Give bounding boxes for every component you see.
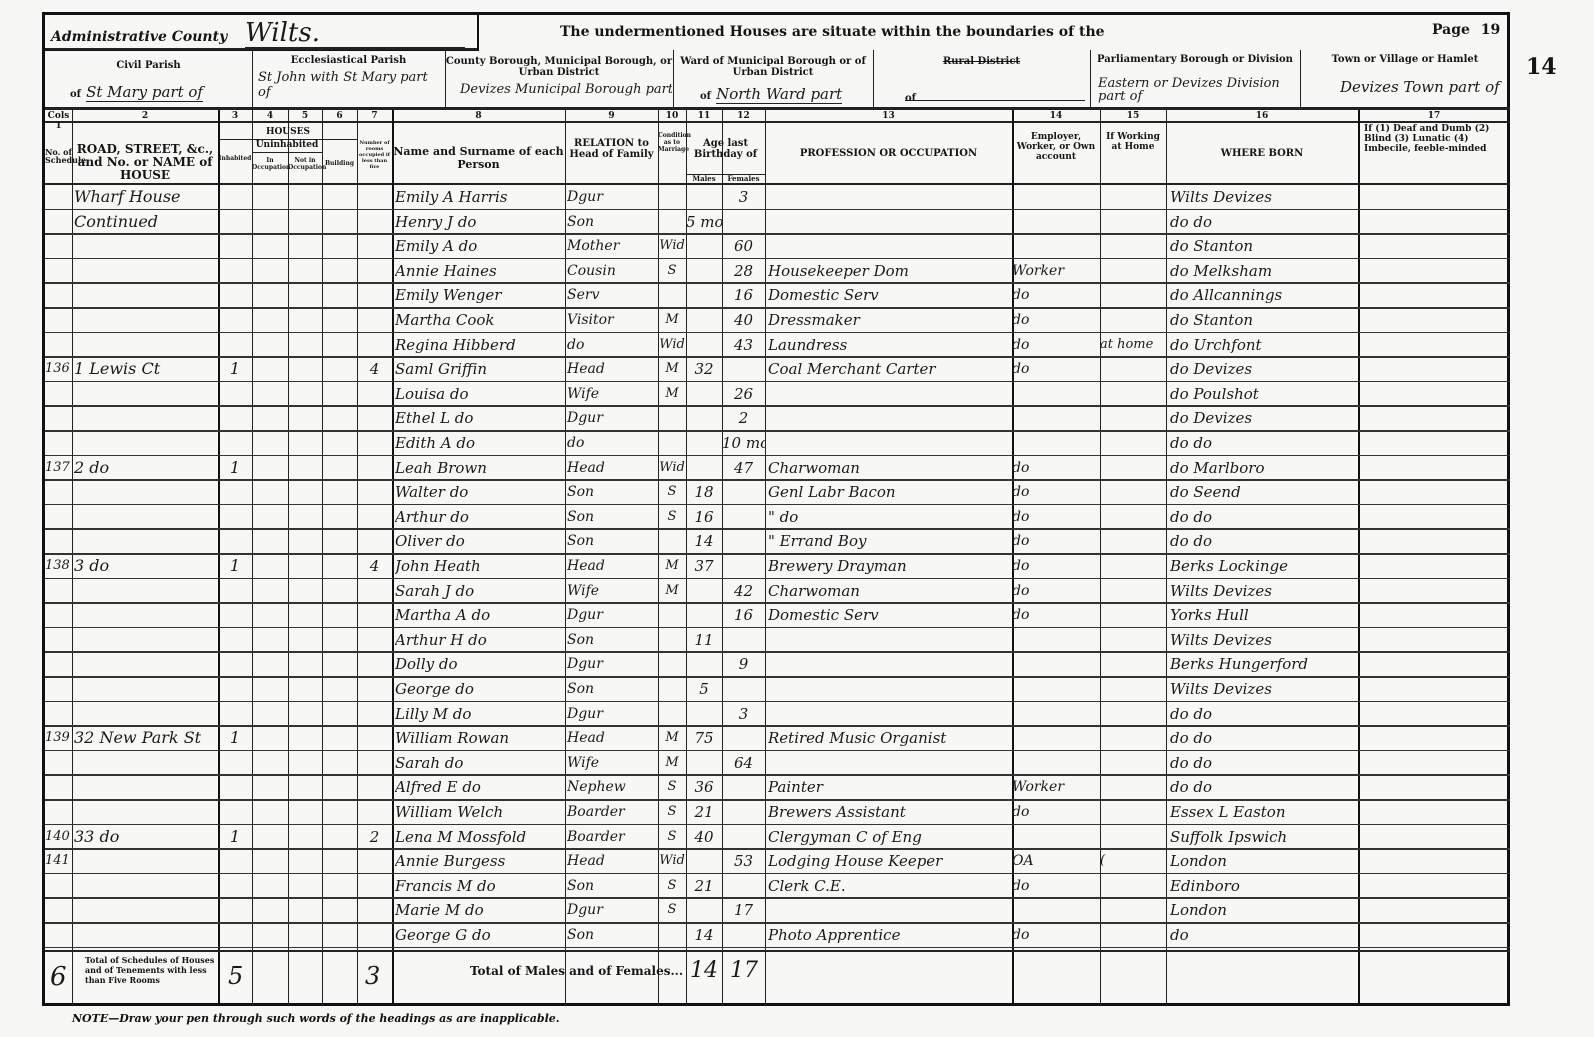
cell-male-age xyxy=(686,751,722,775)
cell-at-home xyxy=(1100,480,1166,504)
cell-rooms xyxy=(357,800,392,824)
cell-male-age xyxy=(686,333,722,357)
cell-relation: Dgur xyxy=(567,603,658,627)
cell-where-born: do Stanton xyxy=(1170,308,1358,332)
cell-occupation: Domestic Serv xyxy=(768,603,1012,627)
cell-inhabited xyxy=(218,480,252,504)
cell-infirmity xyxy=(1358,480,1510,504)
cell-occupation xyxy=(768,382,1012,406)
cell-condition xyxy=(658,210,686,234)
cell-relation: Serv xyxy=(567,283,658,307)
cell-occupation: Dressmaker xyxy=(768,308,1012,332)
cell-female-age xyxy=(722,825,765,849)
cell-occupation: Coal Merchant Carter xyxy=(768,357,1012,381)
total-males-value: 14 xyxy=(690,958,718,983)
cell-relation: do xyxy=(567,431,658,455)
cell-male-age xyxy=(686,849,722,873)
cell-inhabited xyxy=(218,775,252,799)
cell-at-home xyxy=(1100,702,1166,726)
cell-occupation xyxy=(768,210,1012,234)
cell-male-age: 21 xyxy=(686,874,722,898)
eccl-parish-value: St John with St Mary part of xyxy=(258,70,443,100)
cell-where-born: do Stanton xyxy=(1170,234,1358,258)
cell-rooms xyxy=(357,579,392,603)
cell-where-born: Wilts Devizes xyxy=(1170,185,1358,209)
cell-employer xyxy=(1012,628,1100,652)
cell-schedule xyxy=(45,775,72,799)
cell-condition xyxy=(658,677,686,701)
cell-address: 2 do xyxy=(74,456,218,480)
cell-inhabited xyxy=(218,849,252,873)
cell-occupation: Brewery Drayman xyxy=(768,554,1012,578)
cell-address xyxy=(74,849,218,873)
cell-condition: S xyxy=(658,874,686,898)
cell-where-born: do xyxy=(1170,923,1358,947)
cell-name: William Rowan xyxy=(395,726,565,750)
cell-where-born: do do xyxy=(1170,751,1358,775)
cell-at-home xyxy=(1100,652,1166,676)
divider xyxy=(45,121,1510,123)
cell-at-home xyxy=(1100,603,1166,627)
cell-female-age: 3 xyxy=(722,185,765,209)
cell-address: 33 do xyxy=(74,825,218,849)
cell-occupation: Brewers Assistant xyxy=(768,800,1012,824)
cell-female-age: 16 xyxy=(722,283,765,307)
cell-occupation xyxy=(768,677,1012,701)
cell-employer: do xyxy=(1012,529,1100,553)
cell-address xyxy=(74,333,218,357)
cell-where-born: Wilts Devizes xyxy=(1170,628,1358,652)
parl-borough-label: Parliamentary Borough or Division xyxy=(1090,54,1300,65)
cell-inhabited xyxy=(218,751,252,775)
column-number: 7 xyxy=(357,111,392,121)
cell-female-age: 60 xyxy=(722,234,765,258)
cell-name: Walter do xyxy=(395,480,565,504)
cell-address xyxy=(74,800,218,824)
cell-schedule xyxy=(45,406,72,430)
cell-where-born: London xyxy=(1170,849,1358,873)
parl-borough-value: Eastern or Devizes Division part of xyxy=(1098,77,1298,103)
cell-male-age: 75 xyxy=(686,726,722,750)
cell-occupation xyxy=(768,185,1012,209)
cell-where-born: do Poulshot xyxy=(1170,382,1358,406)
cell-employer xyxy=(1012,898,1100,922)
cell-condition: Wid xyxy=(658,234,686,258)
cell-at-home: ( xyxy=(1100,849,1166,873)
cell-occupation xyxy=(768,898,1012,922)
cell-schedule xyxy=(45,800,72,824)
cell-inhabited: 1 xyxy=(218,357,252,381)
cell-condition: S xyxy=(658,480,686,504)
cell-schedule xyxy=(45,874,72,898)
total-schedules-label: Total of Schedules of Houses and of Tene… xyxy=(85,955,215,985)
cell-infirmity xyxy=(1358,333,1510,357)
cell-male-age: 11 xyxy=(686,628,722,652)
cell-occupation xyxy=(768,751,1012,775)
cell-rooms xyxy=(357,652,392,676)
cell-female-age: 43 xyxy=(722,333,765,357)
cell-employer: do xyxy=(1012,357,1100,381)
cell-condition xyxy=(658,283,686,307)
cell-at-home xyxy=(1100,431,1166,455)
cell-relation: Wife xyxy=(567,382,658,406)
column-number: 2 xyxy=(72,111,218,121)
cell-employer: OA xyxy=(1012,849,1100,873)
cell-schedule xyxy=(45,677,72,701)
cell-address: 3 do xyxy=(74,554,218,578)
cell-employer xyxy=(1012,825,1100,849)
cell-female-age: 42 xyxy=(722,579,765,603)
cell-relation: Cousin xyxy=(567,259,658,283)
cell-male-age xyxy=(686,603,722,627)
cell-condition xyxy=(658,406,686,430)
cell-inhabited: 1 xyxy=(218,726,252,750)
cell-employer xyxy=(1012,210,1100,234)
cell-rooms xyxy=(357,702,392,726)
cell-male-age xyxy=(686,259,722,283)
cell-employer: do xyxy=(1012,923,1100,947)
cell-rooms xyxy=(357,529,392,553)
cell-schedule xyxy=(45,234,72,258)
cell-inhabited xyxy=(218,628,252,652)
cell-condition: M xyxy=(658,579,686,603)
cell-relation: Boarder xyxy=(567,825,658,849)
cell-female-age xyxy=(722,505,765,529)
cell-where-born: Wilts Devizes xyxy=(1170,677,1358,701)
cell-relation: Boarder xyxy=(567,800,658,824)
cell-inhabited xyxy=(218,308,252,332)
cell-occupation: Clerk C.E. xyxy=(768,874,1012,898)
cell-inhabited xyxy=(218,283,252,307)
cell-employer: do xyxy=(1012,505,1100,529)
cell-male-age xyxy=(686,431,722,455)
cell-relation: Wife xyxy=(567,751,658,775)
cell-inhabited xyxy=(218,210,252,234)
cell-schedule: 139 xyxy=(45,726,72,750)
cell-schedule xyxy=(45,579,72,603)
cell-inhabited: 1 xyxy=(218,456,252,480)
cell-condition: M xyxy=(658,382,686,406)
cell-infirmity xyxy=(1358,554,1510,578)
cell-rooms xyxy=(357,751,392,775)
cell-address: 1 Lewis Ct xyxy=(74,357,218,381)
rural-district-label: Rural District xyxy=(873,56,1090,67)
cell-occupation xyxy=(768,652,1012,676)
cell-employer xyxy=(1012,702,1100,726)
cell-address xyxy=(74,480,218,504)
cell-male-age: 14 xyxy=(686,529,722,553)
cell-name: Martha A do xyxy=(395,603,565,627)
cell-address xyxy=(74,751,218,775)
cell-at-home xyxy=(1100,283,1166,307)
cell-infirmity xyxy=(1358,603,1510,627)
cell-employer xyxy=(1012,726,1100,750)
cell-male-age xyxy=(686,308,722,332)
cell-where-born: do Devizes xyxy=(1170,357,1358,381)
cell-infirmity xyxy=(1358,849,1510,873)
cell-employer xyxy=(1012,677,1100,701)
cell-name: Louisa do xyxy=(395,382,565,406)
cell-occupation: Photo Apprentice xyxy=(768,923,1012,947)
cell-infirmity xyxy=(1358,898,1510,922)
cell-employer: do xyxy=(1012,308,1100,332)
cell-male-age: 14 xyxy=(686,923,722,947)
column-number: 10 xyxy=(658,111,686,121)
col-infirmity-header: If (1) Deaf and Dumb (2) Blind (3) Lunat… xyxy=(1364,124,1508,154)
cell-rooms xyxy=(357,431,392,455)
cell-at-home xyxy=(1100,677,1166,701)
cell-condition xyxy=(658,431,686,455)
cell-name: Alfred E do xyxy=(395,775,565,799)
cell-employer xyxy=(1012,431,1100,455)
cell-employer: do xyxy=(1012,456,1100,480)
cell-infirmity xyxy=(1358,382,1510,406)
cell-relation: Dgur xyxy=(567,898,658,922)
cell-male-age: 37 xyxy=(686,554,722,578)
footer-note: NOTE—Draw your pen through such words of… xyxy=(72,1012,560,1025)
column-number: 17 xyxy=(1358,111,1510,121)
cell-name: Sarah J do xyxy=(395,579,565,603)
cell-inhabited xyxy=(218,259,252,283)
cell-address xyxy=(74,874,218,898)
column-number: 16 xyxy=(1166,111,1358,121)
cell-occupation: " do xyxy=(768,505,1012,529)
cell-schedule xyxy=(45,702,72,726)
cell-schedule xyxy=(45,283,72,307)
cell-where-born: do Marlboro xyxy=(1170,456,1358,480)
cell-infirmity xyxy=(1358,579,1510,603)
cell-at-home xyxy=(1100,308,1166,332)
cell-schedule xyxy=(45,480,72,504)
cell-address xyxy=(74,505,218,529)
cell-inhabited xyxy=(218,898,252,922)
cell-rooms xyxy=(357,333,392,357)
col-uninhabited-header: Uninhabited xyxy=(252,141,322,149)
cell-rooms xyxy=(357,480,392,504)
cell-condition xyxy=(658,652,686,676)
cell-name: Annie Burgess xyxy=(395,849,565,873)
cell-schedule: 136 xyxy=(45,357,72,381)
cell-at-home xyxy=(1100,234,1166,258)
col-name-header: Name and Surname of each Person xyxy=(392,145,565,171)
cell-female-age xyxy=(722,529,765,553)
cell-occupation: Laundress xyxy=(768,333,1012,357)
cell-employer: do xyxy=(1012,283,1100,307)
cell-relation: Son xyxy=(567,874,658,898)
cell-employer: Worker xyxy=(1012,259,1100,283)
cell-infirmity xyxy=(1358,702,1510,726)
cell-inhabited xyxy=(218,382,252,406)
cell-name: Lilly M do xyxy=(395,702,565,726)
column-number: 12 xyxy=(722,111,765,121)
divider xyxy=(45,107,1510,110)
cell-infirmity xyxy=(1358,751,1510,775)
cell-schedule: 140 xyxy=(45,825,72,849)
cell-occupation: Retired Music Organist xyxy=(768,726,1012,750)
cell-address xyxy=(74,283,218,307)
cell-occupation: Clergyman C of Eng xyxy=(768,825,1012,849)
cell-relation: Son xyxy=(567,480,658,504)
cell-male-age xyxy=(686,579,722,603)
cell-where-born: do Urchfont xyxy=(1170,333,1358,357)
cell-inhabited xyxy=(218,800,252,824)
col-occupation-header: PROFESSION OR OCCUPATION xyxy=(765,148,1012,159)
of-prefix: of xyxy=(70,89,81,100)
cell-infirmity xyxy=(1358,529,1510,553)
cell-condition: S xyxy=(658,775,686,799)
cell-at-home xyxy=(1100,554,1166,578)
cell-occupation: Genl Labr Bacon xyxy=(768,480,1012,504)
cell-occupation xyxy=(768,406,1012,430)
cell-address xyxy=(74,923,218,947)
cell-infirmity xyxy=(1358,308,1510,332)
cell-relation: Mother xyxy=(567,234,658,258)
col-condition-header: Condition as to Marriage xyxy=(658,132,686,153)
cell-relation: Son xyxy=(567,210,658,234)
col-age-header: Age last Birthday of xyxy=(686,138,765,160)
cell-address xyxy=(74,234,218,258)
cell-where-born: do do xyxy=(1170,210,1358,234)
cell-schedule xyxy=(45,529,72,553)
cell-relation: Head xyxy=(567,357,658,381)
cell-address: Wharf House xyxy=(74,185,218,209)
cell-inhabited: 1 xyxy=(218,825,252,849)
cell-condition: M xyxy=(658,554,686,578)
cell-infirmity xyxy=(1358,185,1510,209)
cell-infirmity xyxy=(1358,825,1510,849)
cell-rooms xyxy=(357,210,392,234)
cell-address xyxy=(74,431,218,455)
cell-schedule xyxy=(45,210,72,234)
cell-where-born: Suffolk Ipswich xyxy=(1170,825,1358,849)
cell-employer xyxy=(1012,234,1100,258)
column-number: 3 xyxy=(218,111,252,121)
cell-at-home xyxy=(1100,751,1166,775)
column-number: 9 xyxy=(565,111,658,121)
civil-parish-label: Civil Parish xyxy=(45,60,252,71)
cell-where-born: do Melksham xyxy=(1170,259,1358,283)
cell-schedule: 137 xyxy=(45,456,72,480)
cell-female-age: 2 xyxy=(722,406,765,430)
admin-county-label: Administrative County xyxy=(51,29,227,45)
cell-where-born: London xyxy=(1170,898,1358,922)
cell-relation: Head xyxy=(567,849,658,873)
cell-female-age xyxy=(722,210,765,234)
cell-schedule xyxy=(45,185,72,209)
column-number: 15 xyxy=(1100,111,1166,121)
cell-employer xyxy=(1012,751,1100,775)
cell-condition xyxy=(658,603,686,627)
col-not-in-occupation-header: Not in Occupation xyxy=(288,157,322,171)
admin-county-box: Administrative County Wilts. xyxy=(45,15,479,51)
town-label: Town or Village or Hamlet xyxy=(1300,54,1510,65)
cell-where-born: do Seend xyxy=(1170,480,1358,504)
col-employer-header: Employer, Worker, or Own account xyxy=(1012,132,1100,162)
cell-at-home xyxy=(1100,800,1166,824)
cell-address xyxy=(74,529,218,553)
cell-name: Martha Cook xyxy=(395,308,565,332)
cell-schedule xyxy=(45,923,72,947)
cell-at-home: at home xyxy=(1100,333,1166,357)
cell-rooms xyxy=(357,628,392,652)
cell-employer: do xyxy=(1012,554,1100,578)
cell-infirmity xyxy=(1358,652,1510,676)
cell-at-home xyxy=(1100,874,1166,898)
cell-name: Oliver do xyxy=(395,529,565,553)
cell-occupation: Lodging House Keeper xyxy=(768,849,1012,873)
cell-name: Lena M Mossfold xyxy=(395,825,565,849)
cell-at-home xyxy=(1100,456,1166,480)
cell-schedule xyxy=(45,259,72,283)
cell-male-age: 16 xyxy=(686,505,722,529)
cell-address xyxy=(74,406,218,430)
of-prefix: of xyxy=(700,91,711,102)
cell-condition: S xyxy=(658,505,686,529)
cell-inhabited xyxy=(218,431,252,455)
cell-where-born: do Devizes xyxy=(1170,406,1358,430)
cell-name: Regina Hibberd xyxy=(395,333,565,357)
cell-female-age: 40 xyxy=(722,308,765,332)
col-females-header: Females xyxy=(722,175,765,183)
cell-rooms xyxy=(357,456,392,480)
cell-rooms xyxy=(357,406,392,430)
cell-inhabited xyxy=(218,923,252,947)
cell-female-age xyxy=(722,726,765,750)
cell-female-age xyxy=(722,677,765,701)
cell-name: John Heath xyxy=(395,554,565,578)
cell-name: Leah Brown xyxy=(395,456,565,480)
total-inhabited-value: 5 xyxy=(228,962,243,990)
cell-infirmity xyxy=(1358,677,1510,701)
cell-infirmity xyxy=(1358,283,1510,307)
cell-where-born: do do xyxy=(1170,726,1358,750)
cell-at-home xyxy=(1100,898,1166,922)
column-number: 6 xyxy=(322,111,357,121)
cell-condition xyxy=(658,529,686,553)
cell-inhabited xyxy=(218,702,252,726)
cell-female-age: 3 xyxy=(722,702,765,726)
cell-employer: Worker xyxy=(1012,775,1100,799)
cell-female-age xyxy=(722,800,765,824)
cell-occupation xyxy=(768,234,1012,258)
total-rooms-value: 3 xyxy=(365,962,380,990)
cell-name: Emily Wenger xyxy=(395,283,565,307)
cell-occupation xyxy=(768,628,1012,652)
cell-male-age: 36 xyxy=(686,775,722,799)
cell-condition: S xyxy=(658,898,686,922)
column-number: 5 xyxy=(288,111,322,121)
cell-at-home xyxy=(1100,505,1166,529)
cell-relation: Head xyxy=(567,726,658,750)
cell-where-born: do do xyxy=(1170,431,1358,455)
folio-number: 14 xyxy=(1526,54,1557,80)
cell-address xyxy=(74,259,218,283)
cell-condition: M xyxy=(658,751,686,775)
cell-at-home xyxy=(1100,185,1166,209)
rural-district-field: of xyxy=(905,86,1085,101)
cell-male-age xyxy=(686,234,722,258)
cell-female-age: 47 xyxy=(722,456,765,480)
cell-male-age xyxy=(686,185,722,209)
cell-condition: Wid xyxy=(658,333,686,357)
cell-at-home xyxy=(1100,259,1166,283)
cell-inhabited xyxy=(218,579,252,603)
cell-schedule xyxy=(45,652,72,676)
cell-name: Sarah do xyxy=(395,751,565,775)
civil-parish-value: St Mary part of xyxy=(86,83,203,102)
cell-infirmity xyxy=(1358,357,1510,381)
cell-female-age: 64 xyxy=(722,751,765,775)
